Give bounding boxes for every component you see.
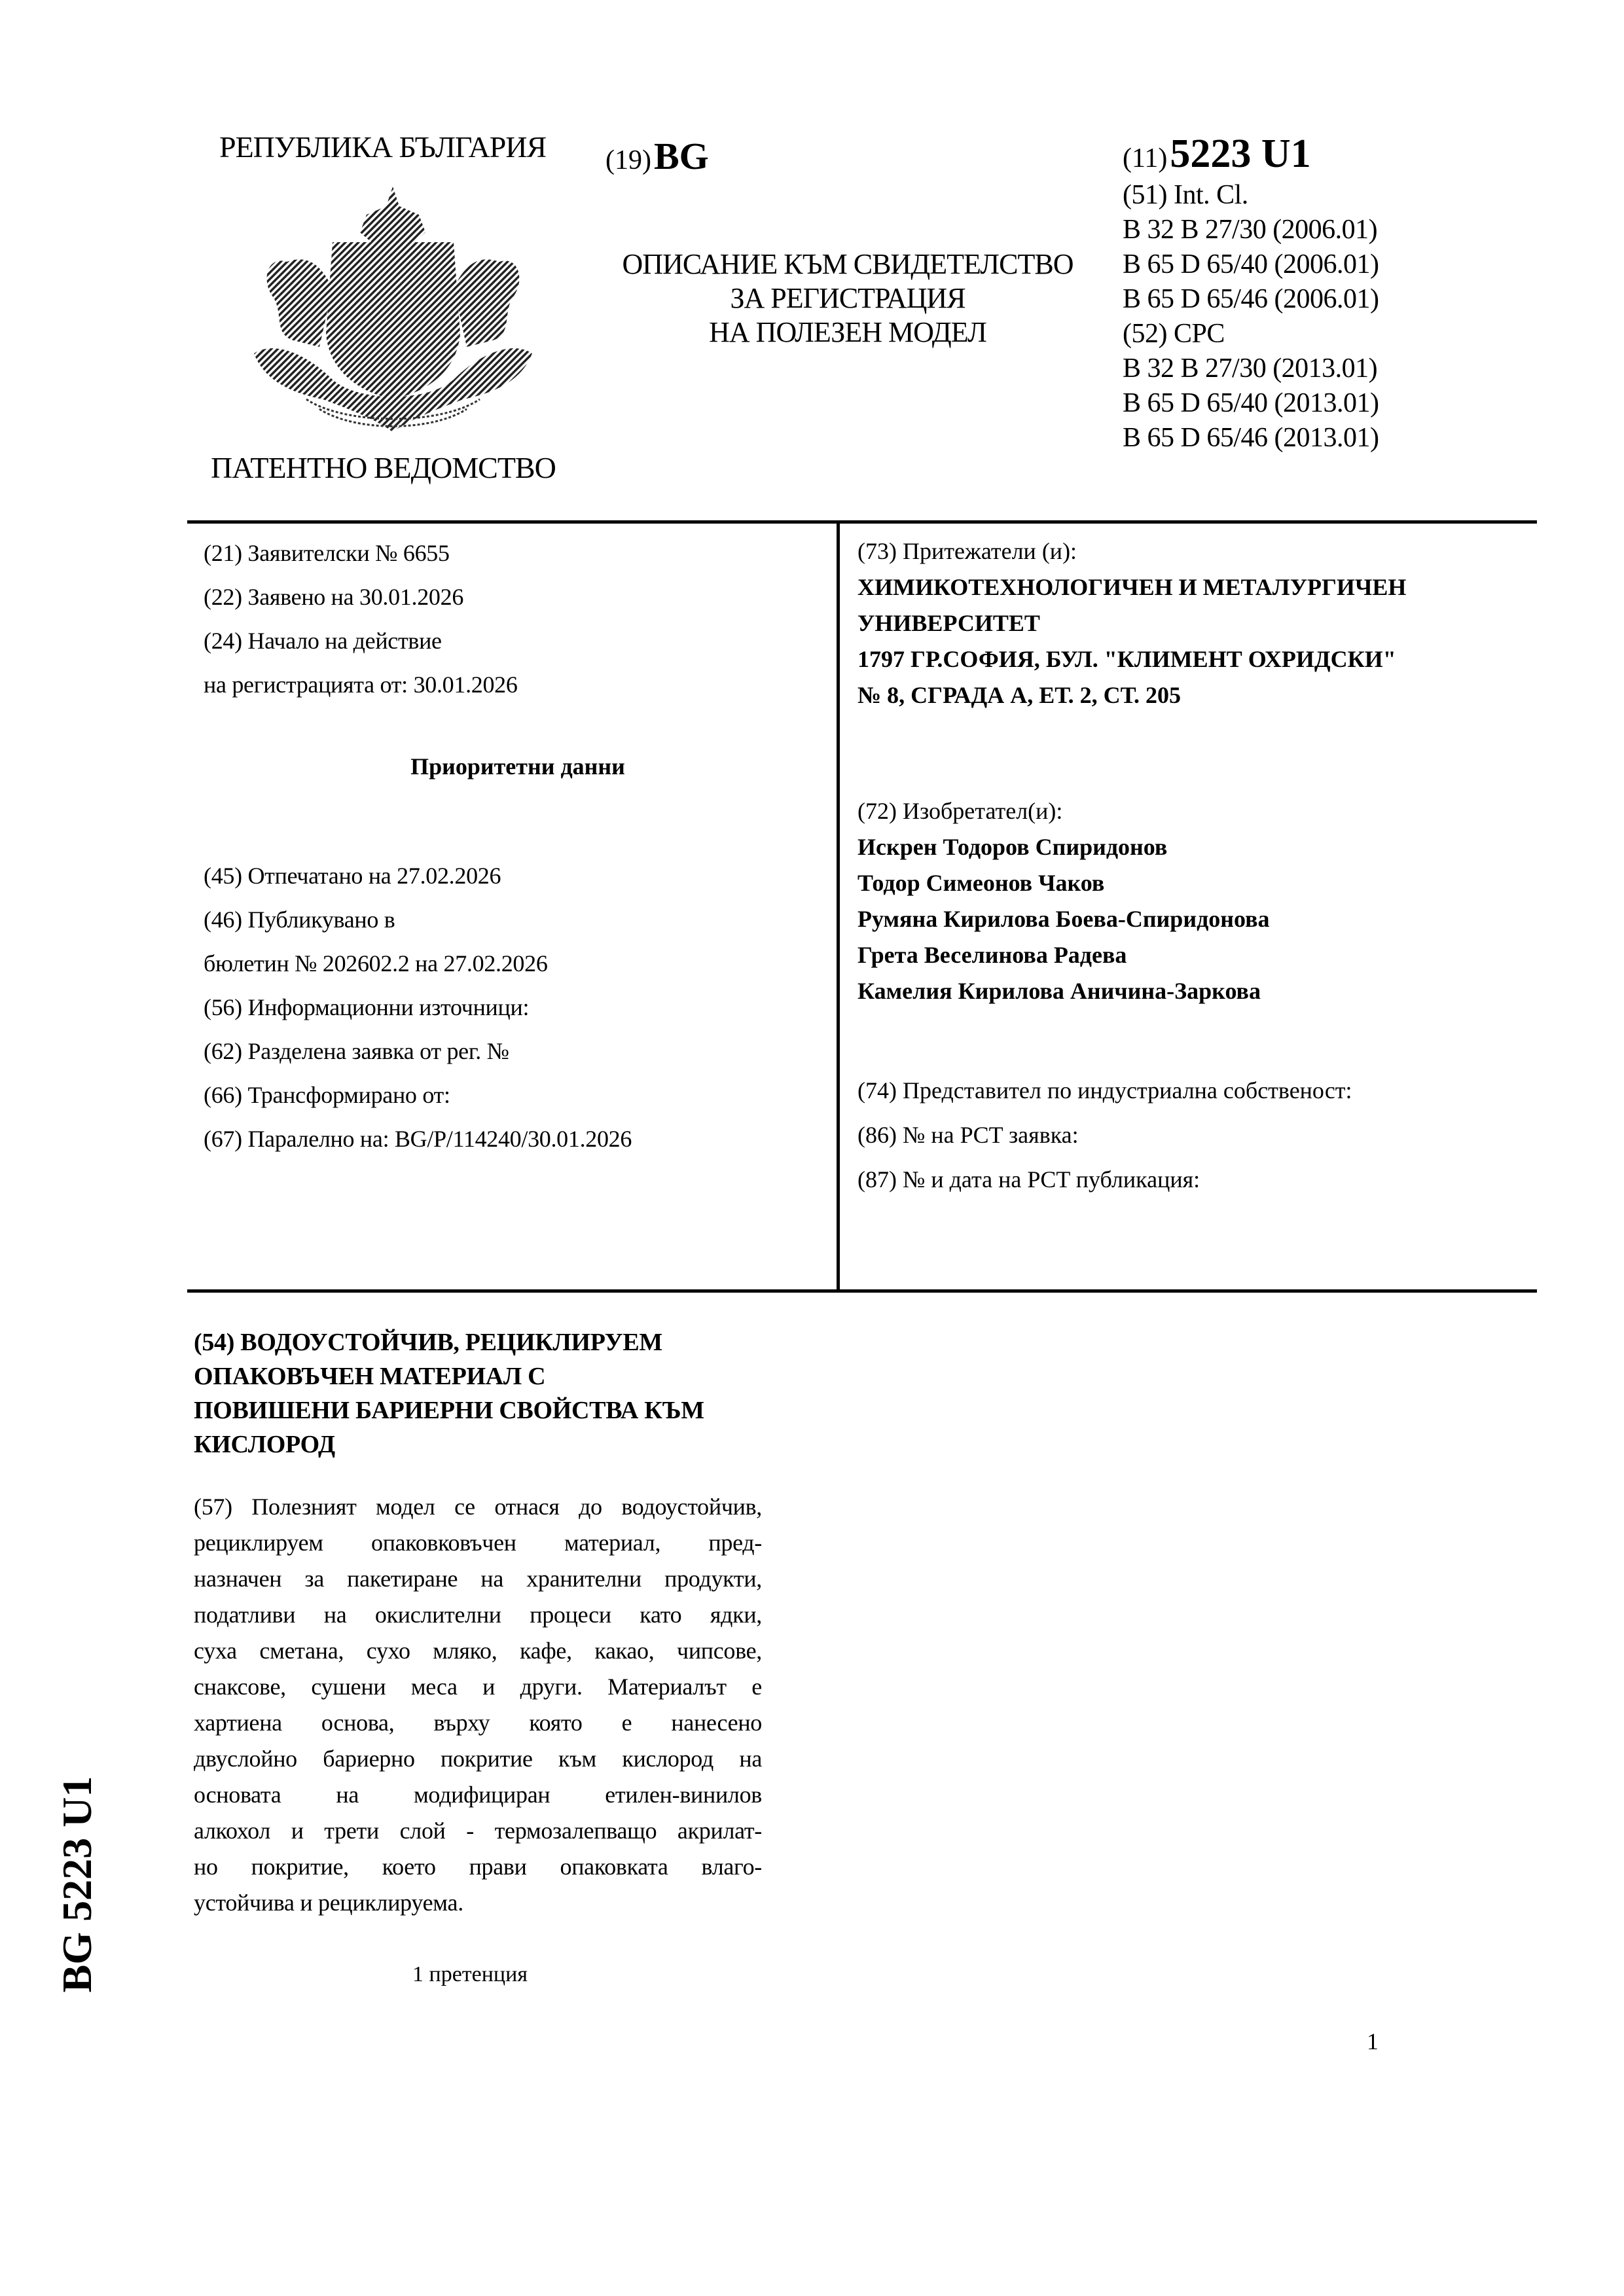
coat-of-arms-emblem: [247, 183, 539, 435]
claims-count: 1 претенция: [412, 1962, 528, 1987]
field-86-pct-application: (86) № на PCT заявка:: [857, 1113, 1352, 1157]
owner-name-line: УНИВЕРСИТЕТ: [857, 605, 1406, 641]
cpc-item: B 65 D 65/40 (2013.01): [1123, 386, 1379, 421]
abstract-line: устойчива и рециклируема.: [194, 1885, 762, 1921]
owner-address-line: 1797 ГР.СОФИЯ, БУЛ. "КЛИМЕНТ ОХРИДСКИ": [857, 641, 1406, 677]
cpc-item: B 32 B 27/30 (2013.01): [1123, 351, 1379, 386]
field-56-info-sources: (56) Информационни източници:: [204, 986, 632, 1030]
code-19-value: BG: [654, 135, 709, 177]
inventor-name: Камелия Кирилова Аничина-Заркова: [857, 973, 1270, 1009]
field-73-owners-label: (73) Притежатели (и):: [857, 533, 1406, 569]
field-46-bulletin: бюлетин № 202602.2 на 27.02.2026: [204, 942, 632, 986]
abstract-line: но покритие, което прави опаковката влаг…: [194, 1849, 762, 1885]
inventor-name: Искрен Тодоров Спиридонов: [857, 829, 1270, 865]
int-cl-item: B 65 D 65/46 (2006.01): [1123, 282, 1379, 317]
owners-block: (73) Притежатели (и): ХИМИКОТЕХНОЛОГИЧЕН…: [857, 533, 1406, 713]
cpc-label: (52) CPC: [1123, 317, 1379, 351]
field-62-divisional: (62) Разделена заявка от рег. №: [204, 1030, 632, 1073]
page-number: 1: [1367, 2028, 1379, 2055]
abstract-line: рециклируем опаковковъчен материал, пред…: [194, 1525, 762, 1561]
field-72-inventors-label: (72) Изобретател(и):: [857, 793, 1270, 829]
doc-title-line-3: НА ПОЛЕЗЕН МОДЕЛ: [596, 315, 1100, 350]
patent-office-name: ПАТЕНТНО ВЕДОМСТВО: [211, 450, 556, 485]
document-type-title: ОПИСАНИЕ КЪМ СВИДЕТЕЛСТВО ЗА РЕГИСТРАЦИЯ…: [596, 247, 1100, 350]
field-46-published-label: (46) Публикувано в: [204, 898, 632, 942]
owner-name-line: ХИМИКОТЕХНОЛОГИЧЕН И МЕТАЛУРГИЧЕН: [857, 569, 1406, 605]
field-87-pct-publication: (87) № и дата на PCT публикация:: [857, 1157, 1352, 1202]
utility-model-title: (54) ВОДОУСТОЙЧИВ, РЕЦИКЛИРУЕМ ОПАКОВЪЧЕ…: [194, 1325, 704, 1462]
country-code-19: (19) BG: [605, 134, 709, 178]
code-11-value: 5223 U1: [1170, 132, 1310, 176]
title-line: ОПАКОВЪЧЕН МАТЕРИАЛ С: [194, 1359, 704, 1393]
inventor-name: Грета Веселинова Радева: [857, 937, 1270, 973]
field-24-effective-date: на регистрацията от: 30.01.2026: [204, 663, 518, 707]
abstract-line: хартиена основа, върху която е нанесено: [194, 1705, 762, 1741]
bibliographic-left-column: (21) Заявителски № 6655 (22) Заявено на …: [204, 531, 518, 707]
int-cl-label: (51) Int. Cl.: [1123, 178, 1379, 213]
field-24-effective-date-label: (24) Начало на действие: [204, 619, 518, 663]
title-line: (54) ВОДОУСТОЙЧИВ, РЕЦИКЛИРУЕМ: [194, 1325, 704, 1359]
cpc-item: B 65 D 65/46 (2013.01): [1123, 421, 1379, 456]
abstract-line: назначен за пакетиране на хранителни про…: [194, 1561, 762, 1597]
field-67-parallel: (67) Паралелно на: BG/P/114240/30.01.202…: [204, 1117, 632, 1161]
field-74-representative: (74) Представител по индустриална собств…: [857, 1068, 1352, 1113]
table-bottom-rule: [187, 1289, 1537, 1293]
publication-number: (11) 5223 U1: [1123, 131, 1311, 177]
bibliographic-left-column-2: (45) Отпечатано на 27.02.2026 (46) Публи…: [204, 854, 632, 1161]
int-cl-item: B 65 D 65/40 (2006.01): [1123, 247, 1379, 282]
doc-title-line-2: ЗА РЕГИСТРАЦИЯ: [596, 281, 1100, 315]
field-22-filing-date: (22) Заявено на 30.01.2026: [204, 575, 518, 619]
field-45-printed: (45) Отпечатано на 27.02.2026: [204, 854, 632, 898]
doc-title-line-1: ОПИСАНИЕ КЪМ СВИДЕТЕЛСТВО: [596, 247, 1100, 281]
classification-block: (51) Int. Cl. B 32 B 27/30 (2006.01) B 6…: [1123, 178, 1379, 456]
table-top-rule: [187, 520, 1537, 524]
abstract-line: суха сметана, сухо мляко, кафе, какао, ч…: [194, 1633, 762, 1669]
abstract-line: (57) Полезният модел се отнася до водоус…: [194, 1489, 762, 1525]
field-21-application-number: (21) Заявителски № 6655: [204, 531, 518, 575]
title-line: ПОВИШЕНИ БАРИЕРНИ СВОЙСТВА КЪМ: [194, 1393, 704, 1427]
country-name: РЕПУБЛИКА БЪЛГАРИЯ: [219, 130, 546, 164]
inventor-name: Румяна Кирилова Боева-Спиридонова: [857, 901, 1270, 937]
abstract-line: податливи на окислителни процеси като яд…: [194, 1597, 762, 1633]
priority-data-heading: Приоритетни данни: [204, 753, 832, 780]
table-column-divider: [837, 520, 840, 1293]
owner-address-line: № 8, СГРАДА А, ЕТ. 2, СТ. 205: [857, 677, 1406, 713]
abstract-line: алкохол и трети слой - термозалепващо ак…: [194, 1813, 762, 1849]
abstract-line: основата на модифициран етилен-винилов: [194, 1777, 762, 1813]
coat-of-arms-icon: [247, 183, 539, 435]
abstract-text: (57) Полезният модел се отнася до водоус…: [194, 1489, 762, 1921]
int-cl-item: B 32 B 27/30 (2006.01): [1123, 213, 1379, 247]
side-publication-label: BG 5223 U1: [53, 1767, 101, 2002]
pct-block: (74) Представител по индустриална собств…: [857, 1068, 1352, 1202]
code-19-label: (19): [605, 145, 651, 175]
inventor-name: Тодор Симеонов Чаков: [857, 865, 1270, 901]
abstract-line: двуслойно бариерно покритие към кислород…: [194, 1741, 762, 1777]
title-line: КИСЛОРОД: [194, 1427, 704, 1462]
field-66-transformed: (66) Трансформирано от:: [204, 1073, 632, 1117]
abstract-line: снаксове, сушени меса и други. Материалъ…: [194, 1669, 762, 1705]
code-11-label: (11): [1123, 143, 1167, 173]
inventors-block: (72) Изобретател(и): Искрен Тодоров Спир…: [857, 793, 1270, 1009]
